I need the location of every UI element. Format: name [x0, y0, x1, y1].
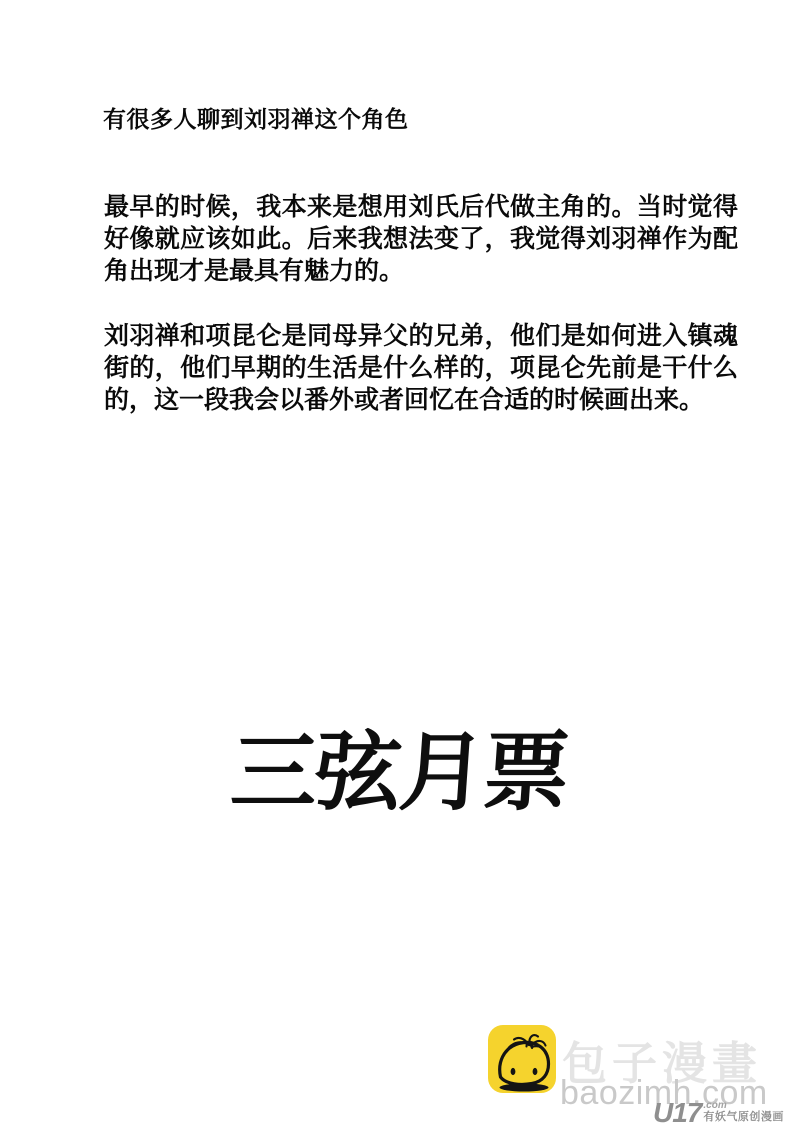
u17-logo-com: .com: [703, 1100, 784, 1111]
author-note-paragraph-1: 最早的时候，我本来是想用刘氏后代做主角的。当时觉得好像就应该如此。后来我想法变了…: [104, 191, 738, 287]
comic-note-page: 有很多人聊到刘羽禅这个角色 最早的时候，我本来是想用刘氏后代做主角的。当时觉得好…: [0, 0, 800, 1132]
u17-logo: U17 .com 有妖气原创漫画: [653, 1100, 784, 1126]
author-note-heading: 有很多人聊到刘羽禅这个角色: [103, 101, 409, 134]
u17-logo-tagline: 有妖气原创漫画: [703, 1111, 784, 1124]
baozi-bun-icon: [488, 1025, 556, 1093]
u17-logo-name: U17: [653, 1100, 701, 1126]
u17-logo-right: .com 有妖气原创漫画: [703, 1100, 784, 1124]
author-note-paragraph-2: 刘羽禅和项昆仑是同母异父的兄弟，他们是如何进入镇魂街的，他们早期的生活是什么样的…: [104, 320, 738, 416]
calligraphy-monthly-ticket-text: 三弦月票: [0, 703, 800, 827]
